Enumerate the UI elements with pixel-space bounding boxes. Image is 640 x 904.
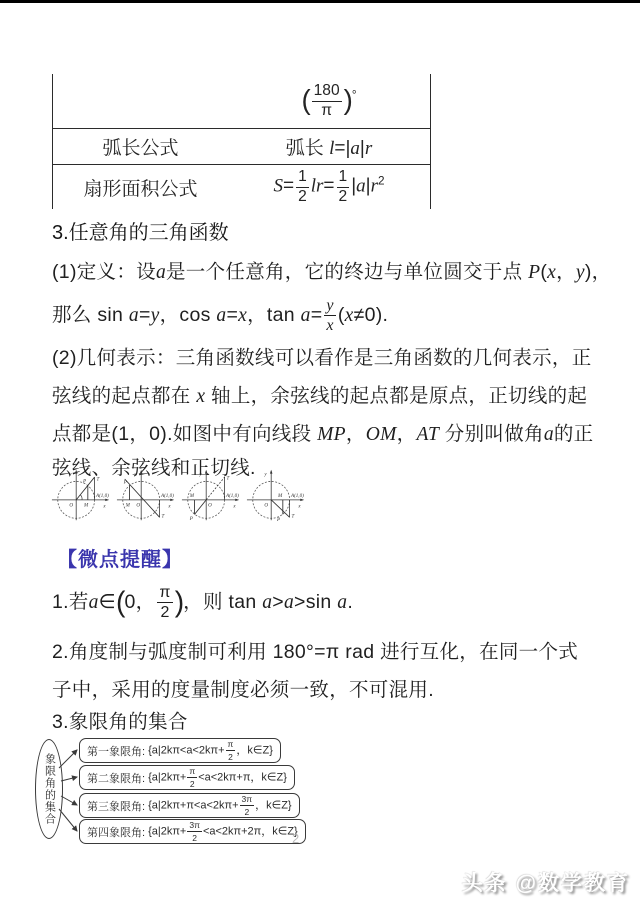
point-label-t: T	[227, 475, 231, 481]
table-row: 弧长公式 弧长 l=|a|r	[53, 128, 430, 164]
reminder-item-2-line-2: 子中，采用的度量制度必须一致，不可混用.	[52, 674, 434, 702]
point-label-m: M	[125, 503, 131, 509]
axis-label-y: y	[133, 473, 137, 478]
definition-line: (1)定义：设a是一个任意角，它的终边与单位圆交于点 P(x，y)，	[52, 256, 611, 284]
point-label-a: A(1,0)	[290, 492, 304, 499]
quadrant-box-label: 第一象限角:	[87, 743, 145, 759]
axis-label-y: y	[263, 473, 267, 478]
reminder-heading: 【微点提醒】	[57, 543, 183, 572]
point-label-m: M	[83, 503, 89, 509]
point-label-p: P	[123, 479, 127, 485]
quadrant-box-3: 第三象限角: {a|2kπ+π<a<2kπ+3π2，k∈Z}	[79, 793, 300, 818]
top-black-bar	[0, 0, 640, 3]
table-cell-formula: S=12lr=12|a|r2	[228, 169, 430, 204]
formula-table: (180π)° 弧长公式 弧长 l=|a|r 扇形面积公式 S=12lr=12|…	[52, 74, 431, 209]
quadrant-box-label: 第四象限角:	[87, 824, 145, 840]
quadrant-box-2: 第二象限角: {a|2kπ+π2<a<2kπ+π，k∈Z}	[79, 765, 295, 790]
sin-cos-tan-line: 那么 sin a=y，cos a=x，tan a=yx(x≠0).	[52, 298, 388, 334]
quadrant-box-label: 第二象限角:	[87, 770, 145, 786]
point-label-t: T	[292, 513, 296, 519]
axis-label-y: y	[198, 473, 202, 478]
point-label-m: M	[277, 493, 283, 499]
point-label-t: T	[162, 513, 166, 519]
point-label-o: O	[264, 503, 268, 509]
table-cell-formula: 弧长 l=|a|r	[228, 133, 430, 160]
section-heading: 3.任意角的三角函数	[52, 216, 229, 245]
diagram-ellipse-label: 象限角的集合	[44, 753, 55, 825]
point-label-t: T	[97, 476, 101, 482]
unit-circle-figure-q2: y x P M O T A(1,0)	[115, 466, 179, 524]
reminder-item-3: 3.象限角的集合	[52, 706, 188, 734]
geometry-line-3: 点都是(1，0).如图中有向线段 MP，OM，AT 分别叫做角a的正	[52, 418, 593, 446]
point-label-o: O	[208, 503, 212, 509]
quadrant-box-label: 第三象限角:	[87, 798, 145, 814]
point-label-p: P	[82, 478, 86, 484]
reminder-item-2-line-1: 2.角度制与弧度制可利用 180°=π rad 进行互化，在同一个式	[52, 636, 578, 664]
page-number: 2	[292, 831, 299, 846]
geometry-line-2: 弦线的起点都在 x 轴上，余弦线的起点都是原点，正切线的起	[52, 380, 587, 408]
table-cell-label: 扇形面积公式	[53, 174, 228, 201]
diagram-ellipse: 象限角的集合	[35, 739, 63, 839]
table-cell-label: 弧长公式	[53, 133, 228, 160]
table-row: (180π)°	[53, 74, 430, 128]
watermark: 头条 @数学教育	[462, 867, 630, 897]
table-row: 扇形面积公式 S=12lr=12|a|r2	[53, 164, 430, 209]
axis-label-x: x	[232, 505, 236, 510]
reminder-item-1: 1.若a∈(0，π2)，则 tan a>a>sin a.	[52, 585, 353, 621]
unit-circle-figure-q1: y x P T O M A(1,0)	[50, 466, 114, 524]
geometry-line-1: (2)几何表示：三角函数线可以看作是三角函数的几何表示，正	[52, 342, 592, 370]
axis-label-x: x	[167, 505, 171, 510]
unit-circle-figure-q3: y x M O P T A(1,0)	[180, 466, 244, 524]
quadrant-box-set: {a|2kπ+π<a<2kπ+3π2，k∈Z}	[148, 795, 292, 816]
point-label-o: O	[136, 503, 140, 509]
quadrant-box-1: 第一象限角: {a|2kπ<a<2kπ+π2，k∈Z}	[79, 738, 281, 763]
table-cell-formula: (180π)°	[228, 83, 430, 118]
point-label-p: P	[276, 517, 280, 523]
axis-label-x: x	[297, 505, 301, 510]
unit-circle-figure-q4: y x O M P T A(1,0)	[245, 466, 309, 524]
axis-label-x: x	[102, 505, 106, 510]
quadrant-box-set: {a|2kπ+π2<a<2kπ+π，k∈Z}	[148, 767, 287, 788]
document-page: (180π)° 弧长公式 弧长 l=|a|r 扇形面积公式 S=12lr=12|…	[0, 0, 640, 904]
unit-circle-figures: y x P T O M A(1,0) y x P M O T A(1,0)	[50, 466, 309, 524]
quadrant-box-set: {a|2kπ<a<2kπ+π2，k∈Z}	[148, 740, 273, 761]
point-label-a: A(1,0)	[160, 492, 174, 499]
point-label-m: M	[189, 493, 195, 499]
quadrant-box-4: 第四象限角: {a|2kπ+3π2<a<2kπ+2π，k∈Z}	[79, 819, 306, 844]
quadrant-box-set: {a|2kπ+3π2<a<2kπ+2π，k∈Z}	[148, 821, 298, 842]
axis-label-y: y	[68, 473, 72, 478]
point-label-o: O	[69, 503, 73, 509]
point-label-p: P	[189, 516, 193, 522]
point-label-a: A(1,0)	[95, 492, 109, 499]
quadrant-angle-diagram: 象限角的集合 第一象限角: {a|2kπ<a<2kπ+π2，k∈Z} 第二象限角…	[35, 737, 335, 843]
point-label-a: A(1,0)	[225, 492, 239, 499]
